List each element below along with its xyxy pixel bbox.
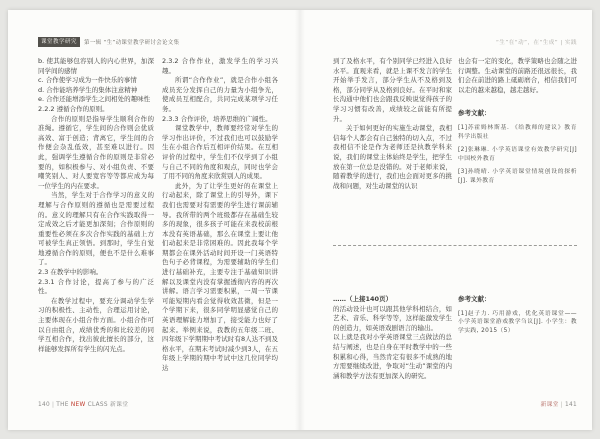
paragraph: 关于如何更好的实施生动课堂，我相信每个人都会有自己独特的切入点，不过我相信不论是…: [333, 124, 452, 191]
journal-name-accent: NEW: [71, 402, 86, 408]
continuation-divider: [333, 245, 577, 246]
series-title: 第一辑 “生”动课堂教学研讨会论文集: [84, 38, 179, 46]
list-item: c. 合作使学习成为一件快乐的事情: [38, 76, 154, 86]
paragraph: 合作的原则是指导学生顺利合作的准绳。遵循它，学生间的合作则会优质高效、富于创造；…: [38, 115, 154, 192]
page-left: 课堂教学研究 第一辑 “生”动课堂教学研讨会论文集 b. 使其能够包容别人的内心…: [8, 10, 300, 430]
journal-name-suffix: CLASS 新课堂: [85, 402, 128, 408]
list-item: d. 合作能培养学生的集体注意精神: [38, 86, 154, 96]
right-column-1-top: 到了及格水平，有个别同学已经进入良好水平。直观来看，就是上课不发言的学生开始举手…: [333, 57, 452, 245]
right-column-1-bottom: ……（上接140页） 的活动设计也可以跟其他学科相结合，如艺术、音乐、科学等等，…: [333, 295, 452, 393]
left-running-head: 课堂教学研究 第一辑 “生”动课堂教学研讨会论文集: [38, 36, 278, 47]
left-column-1: b. 使其能够包容别人的内心世界，加深同学间的感情 c. 合作使学习成为一件快乐…: [38, 57, 154, 393]
right-page-top-section: 到了及格水平，有个别同学已经进入良好水平。直观来看，就是上课不发言的学生开始举手…: [333, 57, 577, 245]
reference-entry: [2]张琳琳. 小学英语课堂有效教学研究[J]中国校外教育: [458, 146, 577, 163]
page-number: 140: [38, 402, 50, 408]
right-column-2-bottom: 参考文献： [1]赵子力. 巧用游戏，优化英语课堂——小学英语课堂游戏教学刍议[…: [458, 295, 577, 393]
paragraph: 也会有一定的变化，教学策略也会随之进行调整。生动课堂的前路还很远很长，我们会在前…: [458, 57, 577, 95]
paragraph: 到了及格水平，有个别同学已经进入良好水平。直观来看，就是上课不发言的学生开始举手…: [333, 57, 452, 124]
reference-entry: [1]赵子力. 巧用游戏，优化英语课堂——小学英语课堂游戏教学刍议[J]. 小学…: [458, 310, 577, 336]
page-right: “生”在“动”，在“生成” | 实践 到了及格水平，有个别同学已经进入良好水平。…: [300, 10, 592, 430]
series-badge: 课堂教学研究: [38, 37, 80, 47]
paragraph: 课堂教学中，教师要经常对学生的学习作出评价，不过我们也可以鼓励学生在小组合作后互…: [162, 124, 278, 182]
paragraph: 的活动设计也可以跟其他学科相结合，如艺术、音乐、科学等等，这样能激发学生的创造力…: [333, 305, 452, 334]
section-heading: 2.3.3 合作评价，培养思维的广阔性。: [162, 115, 278, 125]
paragraph: 当然，学生对于合作学习的意义的理解与合作原则的遵循也是需要过程的。意义的理解只有…: [38, 191, 154, 268]
article-running-title: “生”在“动”，在“生成” | 实践: [496, 38, 577, 46]
continued-from-marker: ……（上接140页）: [333, 295, 452, 305]
right-page-bottom-section: ……（上接140页） 的活动设计也可以跟其他学科相结合，如艺术、音乐、科学等等，…: [333, 295, 577, 393]
references-heading: 参考文献：: [458, 109, 577, 119]
right-running-head: “生”在“动”，在“生成” | 实践: [333, 36, 577, 47]
page-number: 141: [565, 402, 577, 408]
section-heading: 2.2.2 遵循合作的原则。: [38, 105, 154, 115]
journal-name: THE: [56, 402, 71, 408]
right-column-2-top: 也会有一定的变化，教学策略也会随之进行调整。生动课堂的前路还很远很长，我们会在前…: [458, 57, 577, 245]
references-heading: 参考文献：: [458, 295, 577, 305]
list-item: e. 合作还能增添学生之间相处的趣味性: [38, 95, 154, 105]
journal-name: 新课堂: [540, 402, 558, 408]
paragraph: 以上就是我对小学英语课堂三点做法的总结与阐述，也是自身在平时教学中的一些积累和心…: [333, 333, 452, 381]
paragraph: 所谓“合作作业”，就是合作小组各成员充分发挥自己的力量为小组争光，使成员互相配合…: [162, 76, 278, 114]
reference-entry: [1]苏霍姆林斯基. 《给教师的建议》教育科学出版社: [458, 124, 577, 141]
reference-entry: [3]孙晓晴. 小学英语课堂情境创设的探析[J]. 课外教育: [458, 168, 577, 185]
book-spread: 课堂教学研究 第一辑 “生”动课堂教学研讨会论文集 b. 使其能够包容别人的内心…: [8, 10, 592, 430]
left-column-2: 2.3.2 合作作业，激发学生的学习兴趣。 所谓“合作作业”，就是合作小组各成员…: [162, 57, 278, 393]
list-item: b. 使其能够包容别人的内心世界，加深同学间的感情: [38, 57, 154, 76]
left-page-body: b. 使其能够包容别人的内心世界，加深同学间的感情 c. 合作使学习成为一件快乐…: [38, 57, 278, 393]
right-page-footer: 新课堂|141: [540, 399, 577, 408]
section-heading: 2.3 在教学中的影响。: [38, 268, 154, 278]
section-heading: 2.3.1 合作讨论，提高了参与的广泛性。: [38, 278, 154, 297]
footer-divider: |: [52, 402, 54, 408]
left-page-footer: 140|THE NEW CLASS 新课堂: [38, 399, 128, 408]
paragraph: 在教学过程中，要充分调动学生学习的积极性、主动性，合理运用讨论，主要体现在小组合…: [38, 297, 154, 355]
footer-divider: |: [561, 402, 563, 408]
section-heading: 2.3.2 合作作业，激发学生的学习兴趣。: [162, 57, 278, 76]
paragraph: 此外，为了让学生更好的在课堂上行动起来，除了课堂上的引导外，课下我们也需要对有需…: [162, 182, 278, 374]
